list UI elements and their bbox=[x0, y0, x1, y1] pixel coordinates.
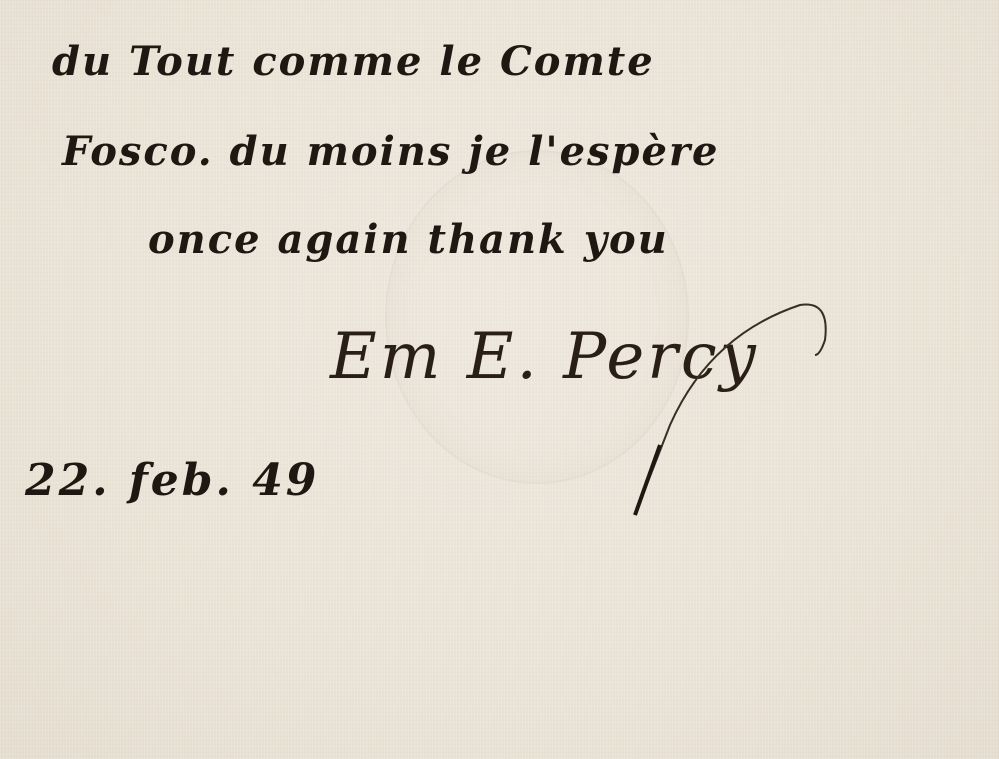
handwritten-line-3: once again thank you bbox=[148, 216, 669, 263]
date-line: 22. feb. 49 bbox=[25, 455, 319, 506]
handwritten-line-2: Fosco. du moins je l'espère bbox=[62, 128, 720, 175]
signature-flourish-icon bbox=[600, 295, 840, 525]
note-paper: du Tout comme le Comte Fosco. du moins j… bbox=[0, 0, 999, 759]
handwritten-line-1: du Tout comme le Comte bbox=[52, 38, 655, 85]
